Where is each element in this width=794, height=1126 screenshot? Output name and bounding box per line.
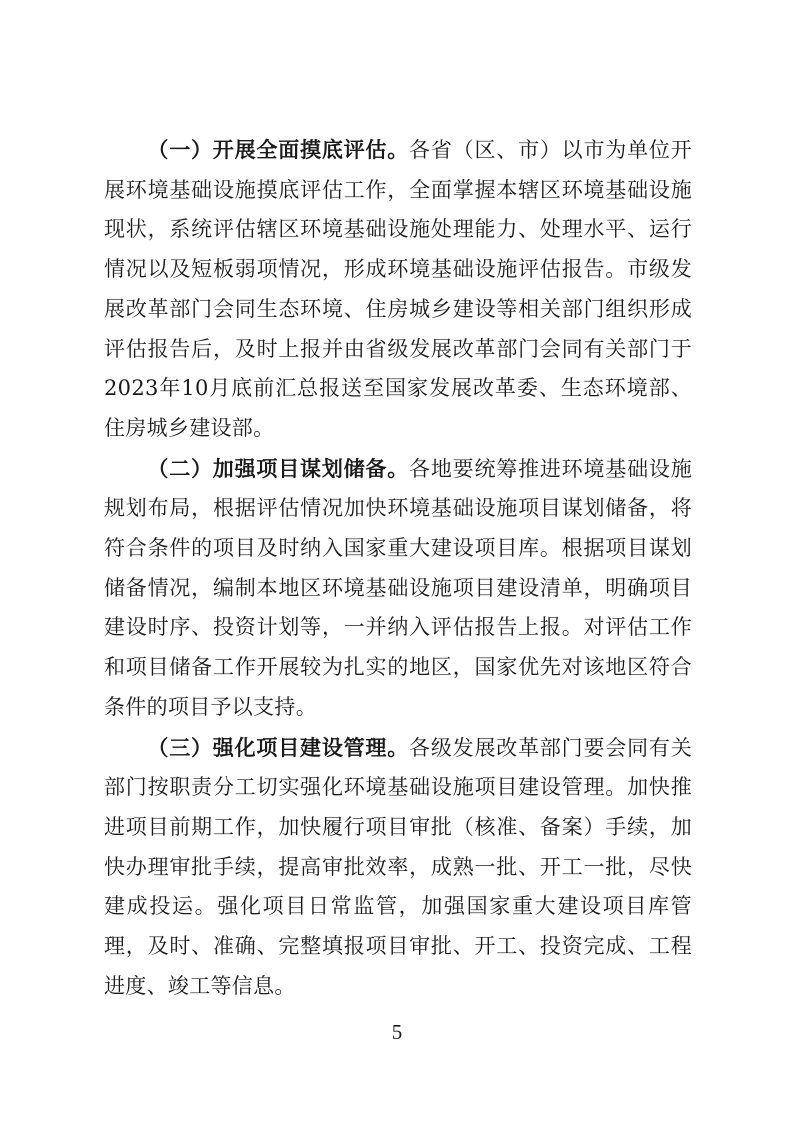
document-page: （一）开展全面摸底评估。各省（区、市）以市为单位开展环境基础设施摸底评估工作，全… [0, 0, 794, 1126]
paragraph-text: 各省（区、市）以市为单位开展环境基础设施摸底评估工作，全面掌握本辖区环境基础设施… [104, 138, 692, 440]
document-body: （一）开展全面摸底评估。各省（区、市）以市为单位开展环境基础设施摸底评估工作，全… [104, 130, 692, 1006]
paragraph-3: （三）强化项目建设管理。各级发展改革部门要会同有关部门按职责分工切实强化环境基础… [104, 728, 692, 1007]
paragraph-heading: （二）加强项目谋划储备。 [147, 456, 409, 481]
page-number: 5 [0, 1020, 794, 1045]
paragraph-text: 各级发展改革部门要会同有关部门按职责分工切实强化环境基础设施项目建设管理。加快推… [104, 736, 692, 998]
paragraph-heading: （一）开展全面摸底评估。 [147, 137, 409, 162]
paragraph-text: 各地要统筹推进环境基础设施规划布局，根据评估情况加快环境基础设施项目谋划储备，将… [104, 457, 692, 719]
paragraph-heading: （三）强化项目建设管理。 [147, 735, 409, 760]
paragraph-2: （二）加强项目谋划储备。各地要统筹推进环境基础设施规划布局，根据评估情况加快环境… [104, 449, 692, 728]
paragraph-1: （一）开展全面摸底评估。各省（区、市）以市为单位开展环境基础设施摸底评估工作，全… [104, 130, 692, 449]
